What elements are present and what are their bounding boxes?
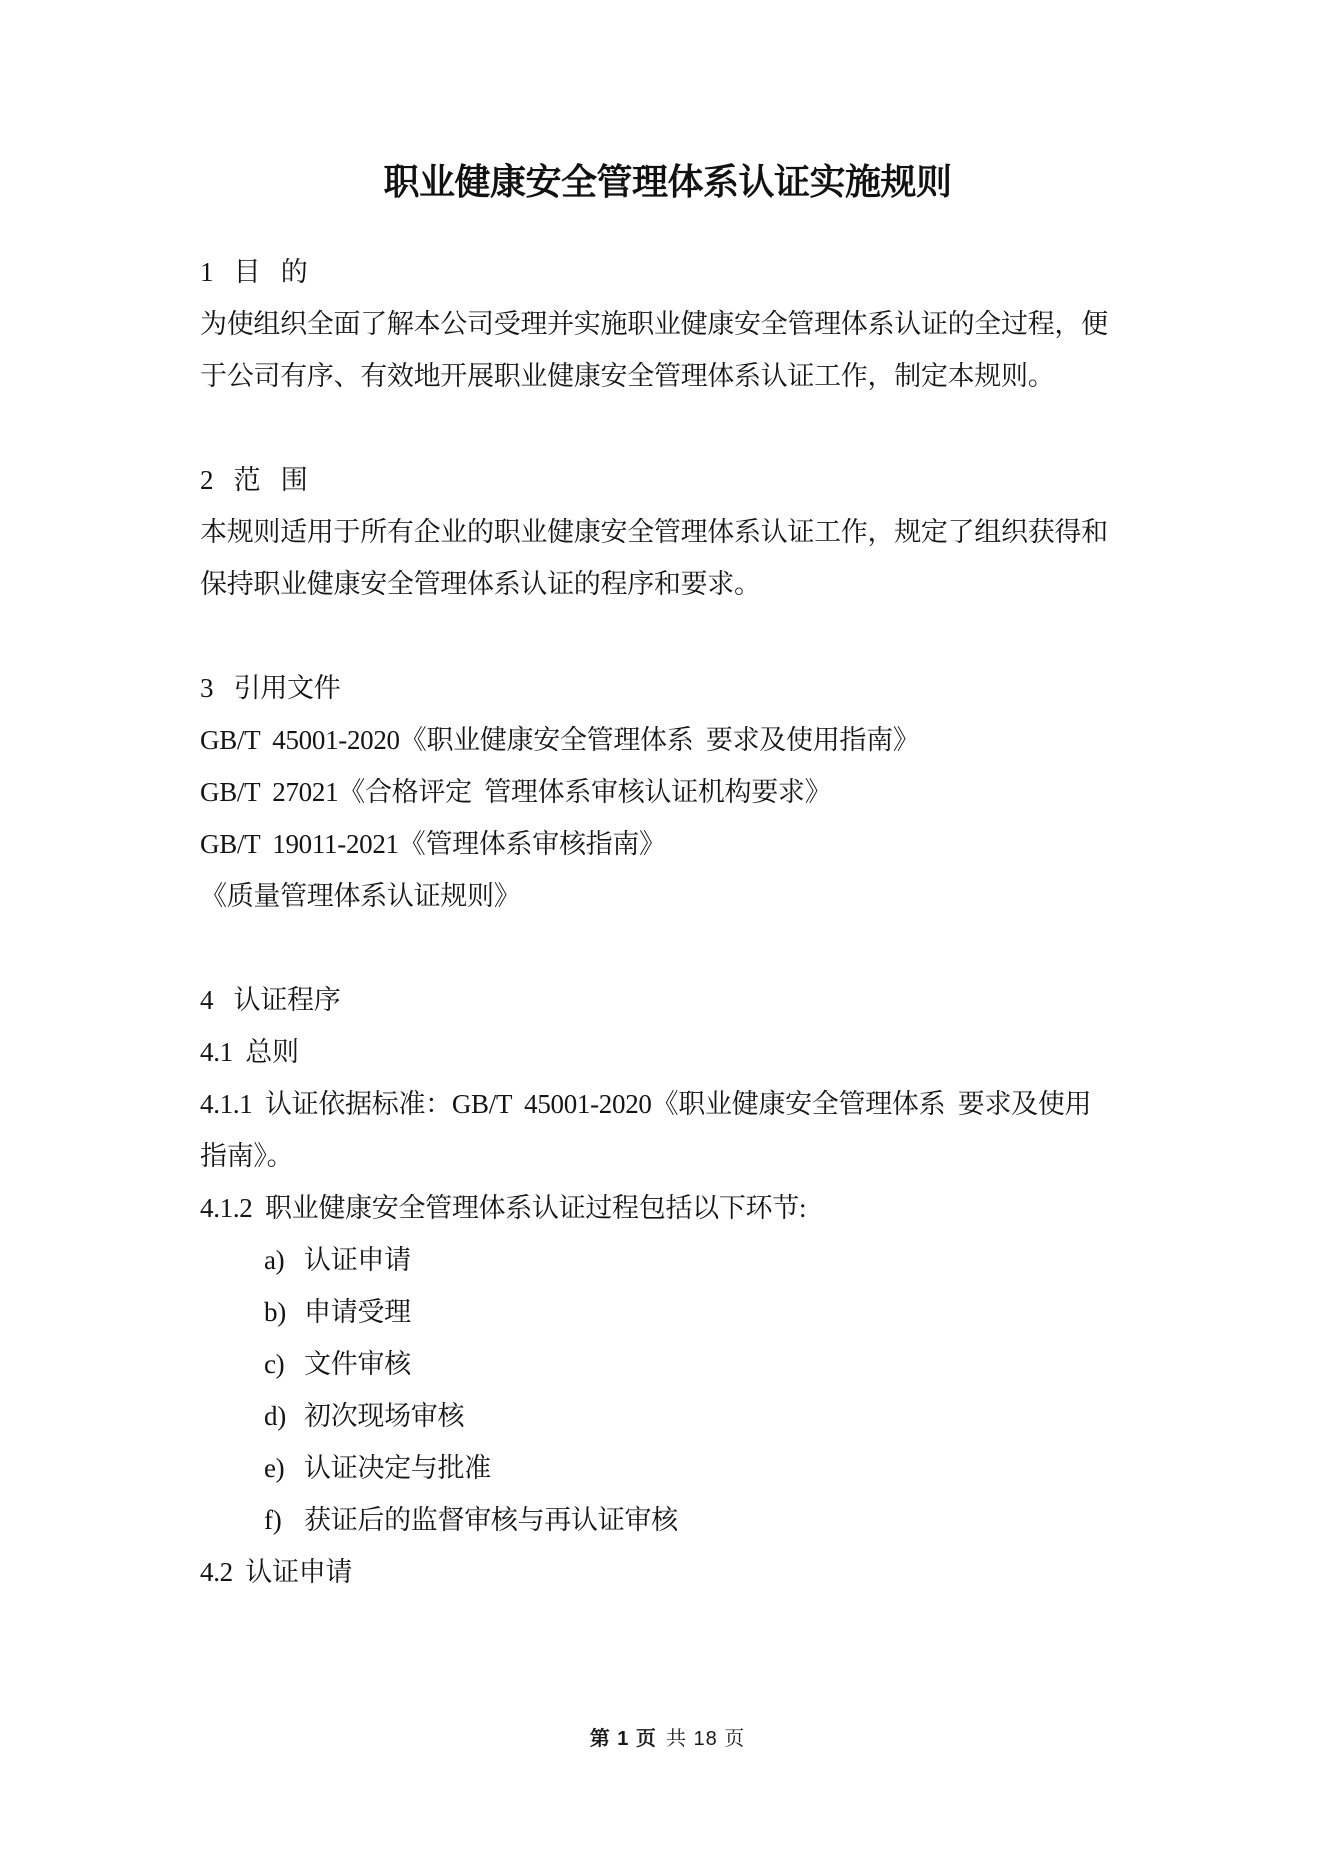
list-item-marker: f) <box>264 1494 304 1546</box>
paragraph-line: 4.1.1 认证依据标准：GB/T 45001-2020《职业健康安全管理体系 … <box>200 1078 1135 1130</box>
list-item-marker: d) <box>264 1390 304 1442</box>
page-footer: 第 1 页共 18 页 <box>200 1726 1135 1752</box>
list-item: f)获证后的监督审核与再认证审核 <box>200 1494 1135 1546</box>
list-item: a)认证申请 <box>200 1234 1135 1286</box>
list-item: c)文件审核 <box>200 1338 1135 1390</box>
list-item-text: 认证决定与批准 <box>304 1453 491 1483</box>
list-item-text: 文件审核 <box>304 1349 411 1379</box>
paragraph-line: 为使组织全面了解本公司受理并实施职业健康安全管理体系认证的全过程，便 <box>200 298 1135 350</box>
list-item-text: 初次现场审核 <box>304 1401 464 1431</box>
paragraph-line: GB/T 45001-2020《职业健康安全管理体系 要求及使用指南》 <box>200 714 1135 766</box>
section-heading: 1 目 的 <box>200 246 1135 298</box>
list-item: d)初次现场审核 <box>200 1390 1135 1442</box>
list-item-text: 申请受理 <box>304 1297 411 1327</box>
paragraph: 4.2 认证申请 <box>200 1546 1135 1598</box>
document-content: 职业健康安全管理体系认证实施规则 1 目 的为使组织全面了解本公司受理并实施职业… <box>200 156 1135 1598</box>
paragraph-line: 4.1 总则 <box>200 1026 1135 1078</box>
list-item-text: 获证后的监督审核与再认证审核 <box>304 1505 678 1535</box>
list-item: b)申请受理 <box>200 1286 1135 1338</box>
document-page: 职业健康安全管理体系认证实施规则 1 目 的为使组织全面了解本公司受理并实施职业… <box>0 0 1323 1871</box>
list-item-marker: b) <box>264 1286 304 1338</box>
paragraph: 4.1 总则 <box>200 1026 1135 1078</box>
list-item: e)认证决定与批准 <box>200 1442 1135 1494</box>
paragraph: 本规则适用于所有企业的职业健康安全管理体系认证工作，规定了组织获得和保持职业健康… <box>200 506 1135 610</box>
paragraph: 4.1.2 职业健康安全管理体系认证过程包括以下环节: <box>200 1182 1135 1234</box>
lettered-list: a)认证申请b)申请受理c)文件审核d)初次现场审核e)认证决定与批准f)获证后… <box>200 1234 1135 1546</box>
document-body: 1 目 的为使组织全面了解本公司受理并实施职业健康安全管理体系认证的全过程，便于… <box>200 246 1135 1598</box>
paragraph-line: 指南》。 <box>200 1130 1135 1182</box>
paragraph: 4.1.1 认证依据标准：GB/T 45001-2020《职业健康安全管理体系 … <box>200 1078 1135 1182</box>
footer-current-page-label: 第 1 页 <box>590 1728 657 1750</box>
section-heading: 2 范 围 <box>200 454 1135 506</box>
paragraph: GB/T 45001-2020《职业健康安全管理体系 要求及使用指南》GB/T … <box>200 714 1135 922</box>
paragraph-line: GB/T 27021《合格评定 管理体系审核认证机构要求》 <box>200 766 1135 818</box>
list-item-text: 认证申请 <box>304 1245 411 1275</box>
paragraph-line: 4.2 认证申请 <box>200 1546 1135 1598</box>
section-heading: 3 引用文件 <box>200 662 1135 714</box>
paragraph: 为使组织全面了解本公司受理并实施职业健康安全管理体系认证的全过程，便于公司有序、… <box>200 298 1135 402</box>
paragraph-line: 本规则适用于所有企业的职业健康安全管理体系认证工作，规定了组织获得和 <box>200 506 1135 558</box>
footer-total-pages-label: 共 18 页 <box>666 1728 745 1750</box>
paragraph-line: 4.1.2 职业健康安全管理体系认证过程包括以下环节: <box>200 1182 1135 1234</box>
list-item-marker: c) <box>264 1338 304 1390</box>
paragraph-line: GB/T 19011-2021《管理体系审核指南》 <box>200 818 1135 870</box>
list-item-marker: a) <box>264 1234 304 1286</box>
paragraph-line: 《质量管理体系认证规则》 <box>200 870 1135 922</box>
section-heading: 4 认证程序 <box>200 974 1135 1026</box>
document-title: 职业健康安全管理体系认证实施规则 <box>200 156 1135 208</box>
paragraph-line: 于公司有序、有效地开展职业健康安全管理体系认证工作，制定本规则。 <box>200 350 1135 402</box>
list-item-marker: e) <box>264 1442 304 1494</box>
paragraph-line: 保持职业健康安全管理体系认证的程序和要求。 <box>200 558 1135 610</box>
